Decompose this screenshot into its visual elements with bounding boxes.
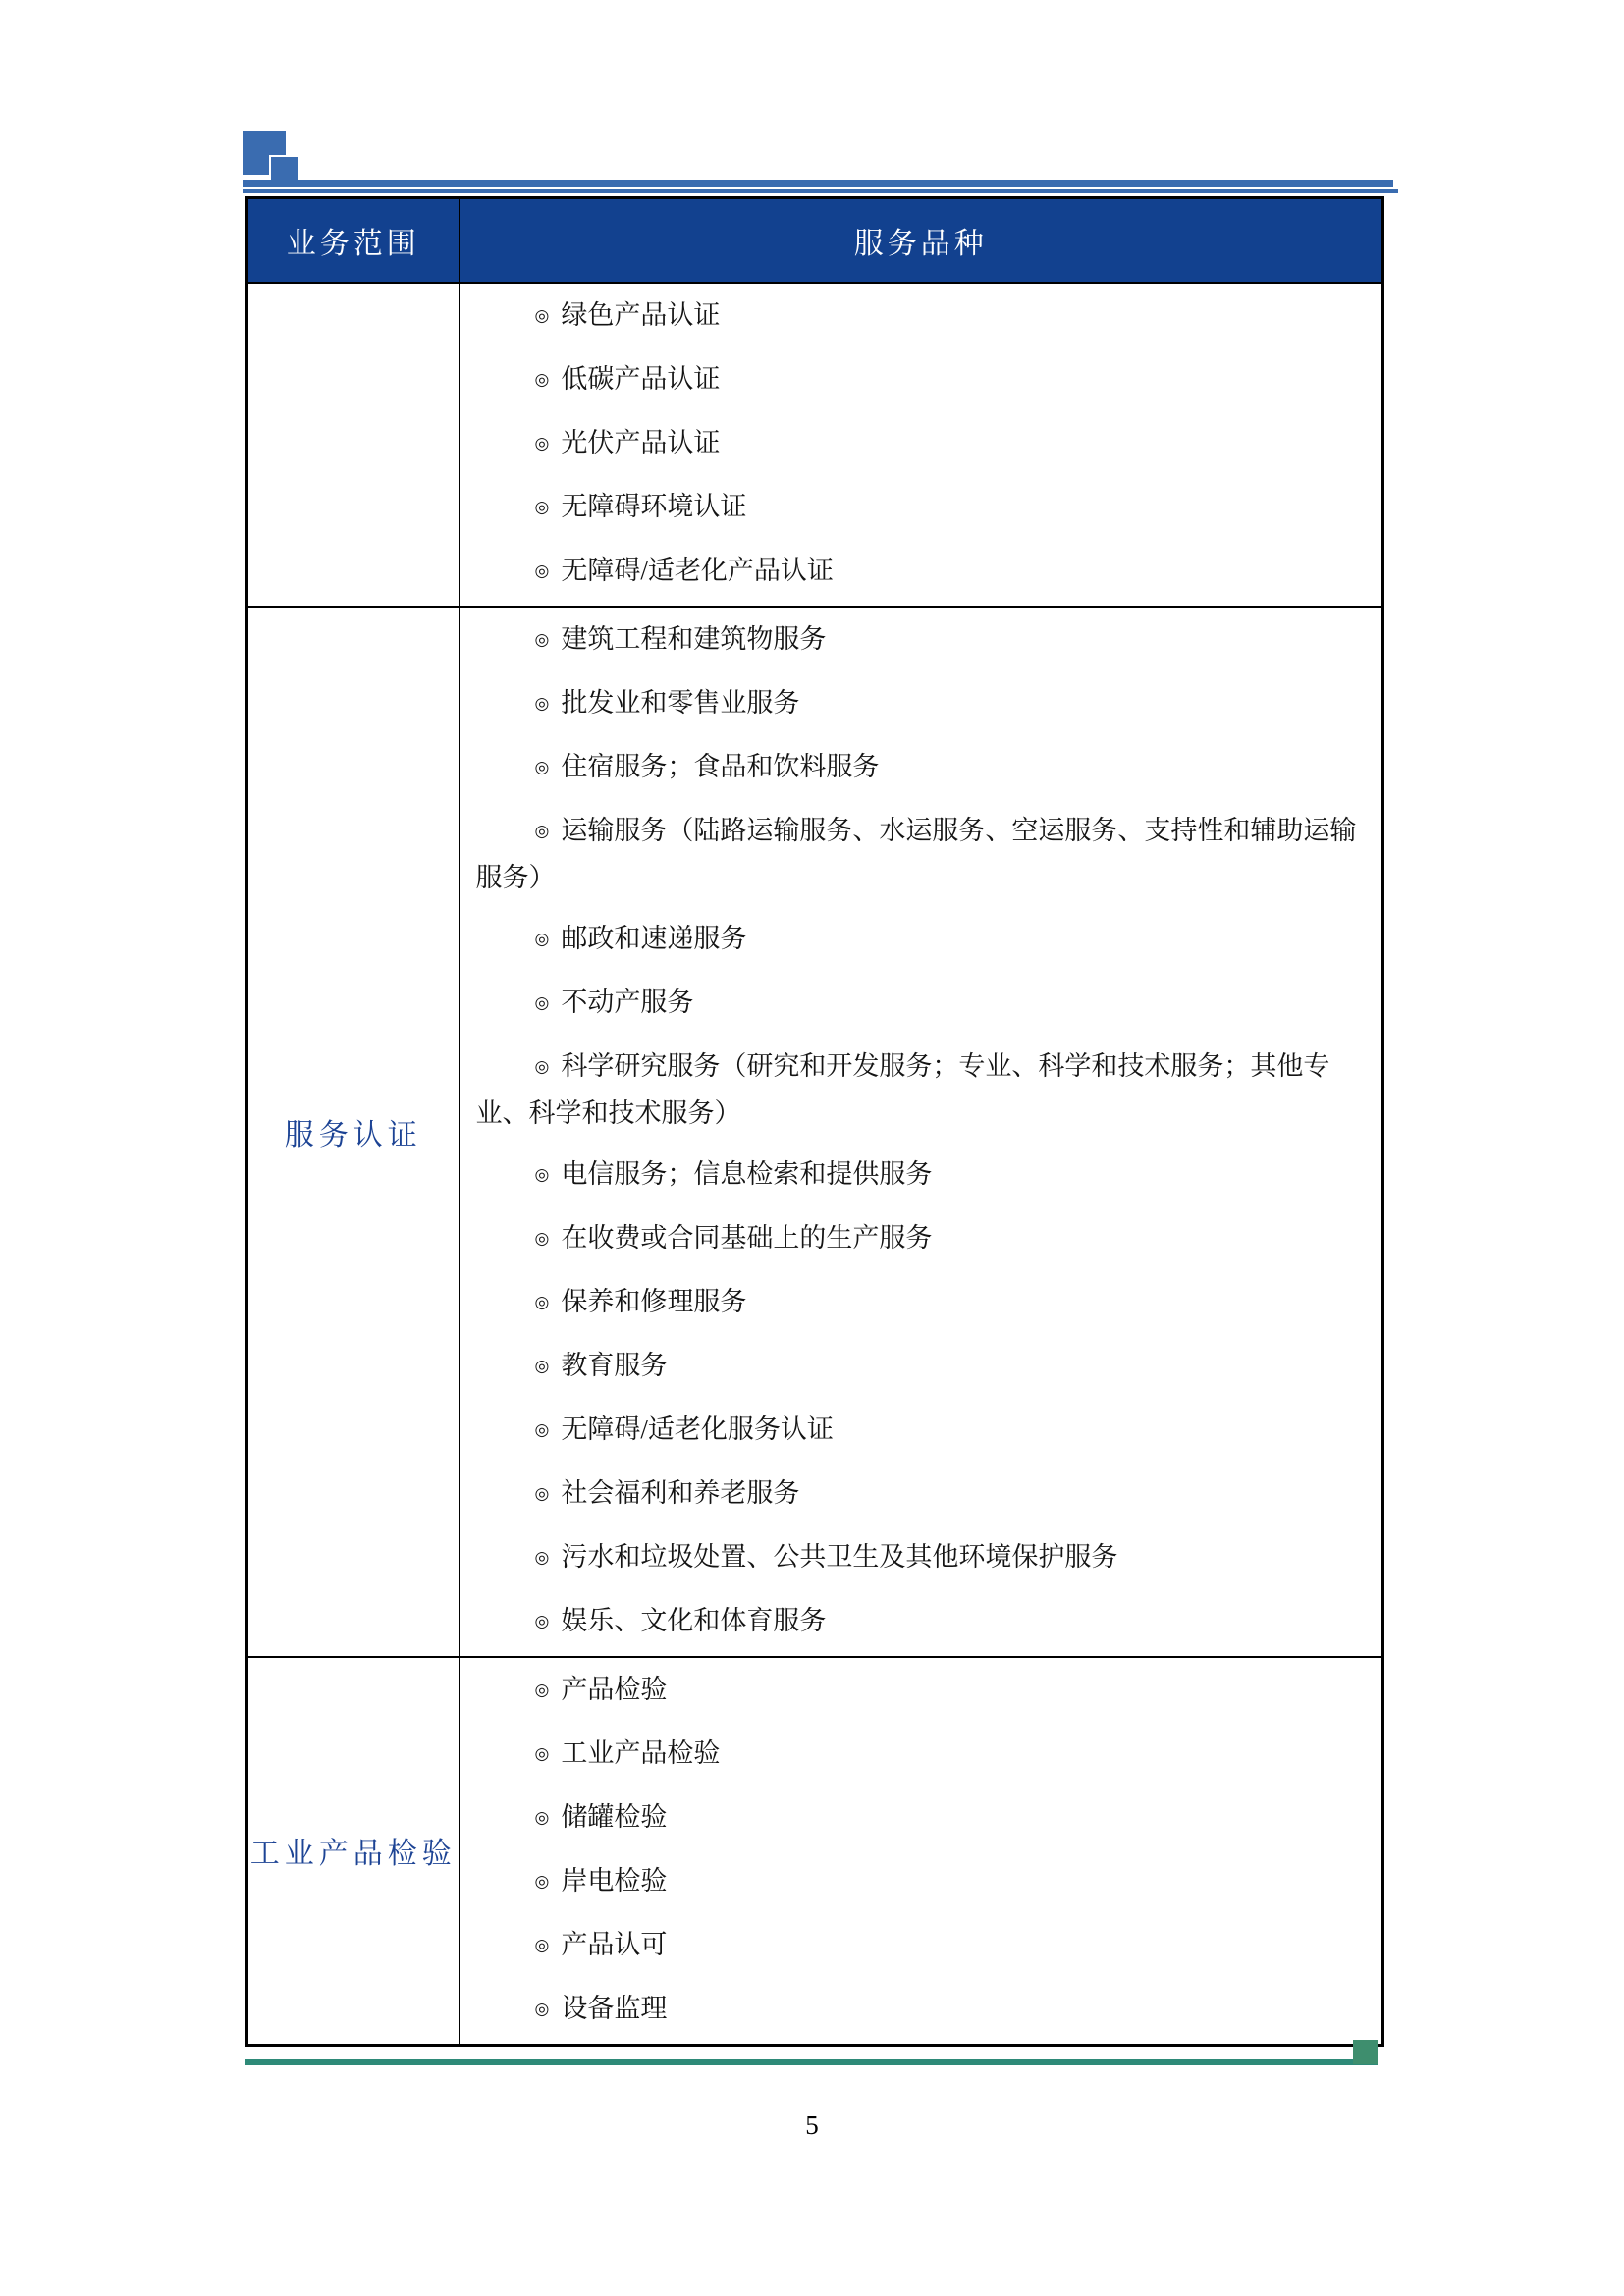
bullseye-bullet-icon: ◎	[535, 1165, 550, 1184]
table-row: 服务认证 ◎建筑工程和建筑物服务◎批发业和零售业服务◎住宿服务；食品和饮料服务◎…	[247, 607, 1383, 1657]
bullseye-bullet-icon: ◎	[535, 822, 550, 840]
bullseye-bullet-icon: ◎	[535, 1681, 550, 1699]
bullseye-bullet-icon: ◎	[535, 1808, 550, 1827]
bullseye-bullet-icon: ◎	[535, 434, 550, 453]
list-item-text: 娱乐、文化和体育服务	[561, 1606, 826, 1635]
row-label-service-certification: 服务认证	[247, 607, 460, 1657]
list-item: ◎科学研究服务（研究和开发服务；专业、科学和技术服务；其他专业、科学和技术服务）	[476, 1044, 1365, 1136]
list-item: ◎绿色产品认证	[476, 294, 1365, 341]
row-items-list: ◎绿色产品认证◎低碳产品认证◎光伏产品认证◎无障碍环境认证◎无障碍/适老化产品认…	[460, 283, 1383, 607]
list-item-text: 岸电检验	[561, 1866, 667, 1896]
bullseye-bullet-icon: ◎	[535, 993, 550, 1012]
bullseye-bullet-icon: ◎	[535, 306, 550, 325]
list-item: ◎建筑工程和建筑物服务	[476, 617, 1365, 665]
list-item: ◎邮政和速递服务	[476, 917, 1365, 964]
row-items-list: ◎产品检验◎工业产品检验◎储罐检验◎岸电检验◎产品认可◎设备监理	[460, 1657, 1383, 2046]
list-item-text: 工业产品检验	[561, 1738, 720, 1768]
list-item-text: 住宿服务；食品和饮料服务	[561, 752, 879, 781]
bullseye-bullet-icon: ◎	[535, 370, 550, 389]
bullseye-bullet-icon: ◎	[535, 930, 550, 948]
list-item-text: 电信服务；信息检索和提供服务	[561, 1159, 932, 1189]
list-item-text: 储罐检验	[561, 1802, 667, 1832]
column-header-business-scope: 业务范围	[247, 198, 460, 283]
bullseye-bullet-icon: ◎	[535, 2000, 550, 2018]
table-row: ◎绿色产品认证◎低碳产品认证◎光伏产品认证◎无障碍环境认证◎无障碍/适老化产品认…	[247, 283, 1383, 607]
bullseye-bullet-icon: ◎	[535, 1872, 550, 1891]
list-item: ◎运输服务（陆路运输服务、水运服务、空运服务、支持性和辅助运输服务）	[476, 809, 1365, 900]
list-item: ◎社会福利和养老服务	[476, 1471, 1365, 1519]
list-item-text: 在收费或合同基础上的生产服务	[561, 1223, 932, 1253]
footer-rule	[245, 2059, 1378, 2065]
bullseye-bullet-icon: ◎	[535, 498, 550, 516]
list-item: ◎工业产品检验	[476, 1732, 1365, 1779]
page-number: 5	[0, 2110, 1624, 2141]
bullseye-bullet-icon: ◎	[535, 1229, 550, 1248]
bullseye-bullet-icon: ◎	[535, 1420, 550, 1439]
list-item: ◎产品检验	[476, 1668, 1365, 1715]
header-rule-thin	[243, 189, 1398, 193]
list-item-text: 运输服务（陆路运输服务、水运服务、空运服务、支持性和辅助运输服务）	[476, 816, 1357, 892]
bullseye-bullet-icon: ◎	[535, 1612, 550, 1630]
bullseye-bullet-icon: ◎	[535, 1936, 550, 1954]
list-item: ◎电信服务；信息检索和提供服务	[476, 1152, 1365, 1200]
bullseye-bullet-icon: ◎	[535, 1548, 550, 1567]
list-item-text: 无障碍/适老化产品认证	[561, 556, 834, 585]
list-item: ◎在收费或合同基础上的生产服务	[476, 1216, 1365, 1263]
list-item: ◎不动产服务	[476, 981, 1365, 1028]
list-item: ◎住宿服务；食品和饮料服务	[476, 745, 1365, 792]
list-item-text: 社会福利和养老服务	[561, 1478, 799, 1508]
list-item-text: 教育服务	[561, 1351, 667, 1380]
list-item-text: 设备监理	[561, 1994, 667, 2023]
bullseye-bullet-icon: ◎	[535, 758, 550, 776]
list-item-text: 无障碍环境认证	[561, 492, 746, 521]
list-item-text: 光伏产品认证	[561, 428, 720, 457]
list-item: ◎光伏产品认证	[476, 421, 1365, 468]
list-item-text: 绿色产品认证	[561, 300, 720, 330]
list-item-text: 邮政和速递服务	[561, 924, 746, 953]
list-item-text: 科学研究服务（研究和开发服务；专业、科学和技术服务；其他专业、科学和技术服务）	[476, 1051, 1330, 1128]
table-row: 工业产品检验 ◎产品检验◎工业产品检验◎储罐检验◎岸电检验◎产品认可◎设备监理	[247, 1657, 1383, 2046]
list-item: ◎无障碍/适老化服务认证	[476, 1408, 1365, 1455]
list-item: ◎教育服务	[476, 1344, 1365, 1391]
list-item: ◎低碳产品认证	[476, 357, 1365, 404]
list-item: ◎设备监理	[476, 1987, 1365, 2034]
list-item-text: 产品检验	[561, 1675, 667, 1704]
list-item: ◎娱乐、文化和体育服务	[476, 1599, 1365, 1646]
list-item: ◎保养和修理服务	[476, 1280, 1365, 1327]
list-item: ◎产品认可	[476, 1923, 1365, 1970]
bullseye-bullet-icon: ◎	[535, 630, 550, 649]
bullseye-bullet-icon: ◎	[535, 1057, 550, 1076]
list-item: ◎岸电检验	[476, 1859, 1365, 1906]
list-item: ◎无障碍/适老化产品认证	[476, 549, 1365, 596]
list-item-text: 低碳产品认证	[561, 364, 720, 394]
row-label-industrial-product-inspection: 工业产品检验	[247, 1657, 460, 2046]
column-header-service-types: 服务品种	[460, 198, 1383, 283]
list-item-text: 无障碍/适老化服务认证	[561, 1415, 834, 1444]
table-header-row: 业务范围 服务品种	[247, 198, 1383, 283]
list-item-text: 保养和修理服务	[561, 1287, 746, 1316]
list-item: ◎无障碍环境认证	[476, 485, 1365, 532]
footer-accent-square	[1353, 2040, 1378, 2064]
bullseye-bullet-icon: ◎	[535, 561, 550, 580]
header-rule-thick	[243, 180, 1393, 187]
list-item: ◎批发业和零售业服务	[476, 681, 1365, 728]
row-label	[247, 283, 460, 607]
list-item: ◎污水和垃圾处置、公共卫生及其他环境保护服务	[476, 1535, 1365, 1582]
services-table: 业务范围 服务品种 ◎绿色产品认证◎低碳产品认证◎光伏产品认证◎无障碍环境认证◎…	[245, 196, 1384, 2047]
list-item-text: 不动产服务	[561, 988, 693, 1017]
row-items-list: ◎建筑工程和建筑物服务◎批发业和零售业服务◎住宿服务；食品和饮料服务◎运输服务（…	[460, 607, 1383, 1657]
list-item-text: 污水和垃圾处置、公共卫生及其他环境保护服务	[561, 1542, 1117, 1572]
bullseye-bullet-icon: ◎	[535, 1293, 550, 1311]
list-item-text: 建筑工程和建筑物服务	[561, 624, 826, 654]
bullseye-bullet-icon: ◎	[535, 1357, 550, 1375]
list-item: ◎储罐检验	[476, 1795, 1365, 1842]
bullseye-bullet-icon: ◎	[535, 694, 550, 713]
bullseye-bullet-icon: ◎	[535, 1484, 550, 1503]
list-item-text: 产品认可	[561, 1930, 667, 1959]
bullseye-bullet-icon: ◎	[535, 1744, 550, 1763]
list-item-text: 批发业和零售业服务	[561, 688, 799, 718]
